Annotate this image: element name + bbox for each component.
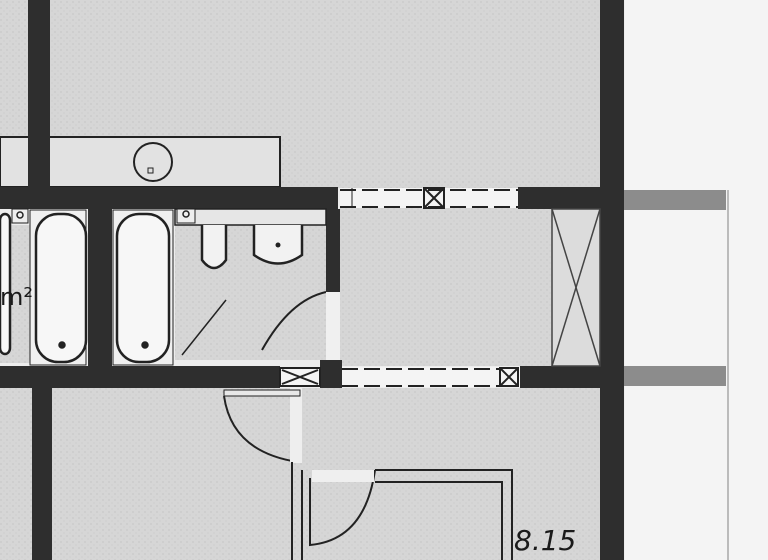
toilet (202, 225, 226, 268)
exterior-wall-bottom (624, 366, 726, 386)
opening-bottom (342, 367, 520, 387)
floor-plan (0, 0, 768, 560)
exterior (625, 0, 768, 560)
wall-upper-left (0, 187, 338, 209)
wall-left-upper (28, 0, 50, 188)
opening-top (340, 188, 518, 208)
wall-between-baths (88, 209, 112, 367)
wall-right (600, 0, 624, 560)
shaft (552, 209, 600, 366)
wall-bath-corridor (326, 209, 340, 293)
bathroom-floor (175, 225, 327, 360)
area-unit-label: m² (0, 283, 33, 311)
exterior-wall-top (624, 190, 726, 210)
bathtub-left (36, 214, 86, 362)
wall-left-lower (32, 388, 52, 560)
corridor-floor (340, 208, 555, 366)
vent-lower (280, 368, 320, 386)
wall-lower-left (0, 366, 280, 388)
room-number-label: 8.15 (514, 524, 576, 557)
bathtub-right (117, 214, 169, 362)
